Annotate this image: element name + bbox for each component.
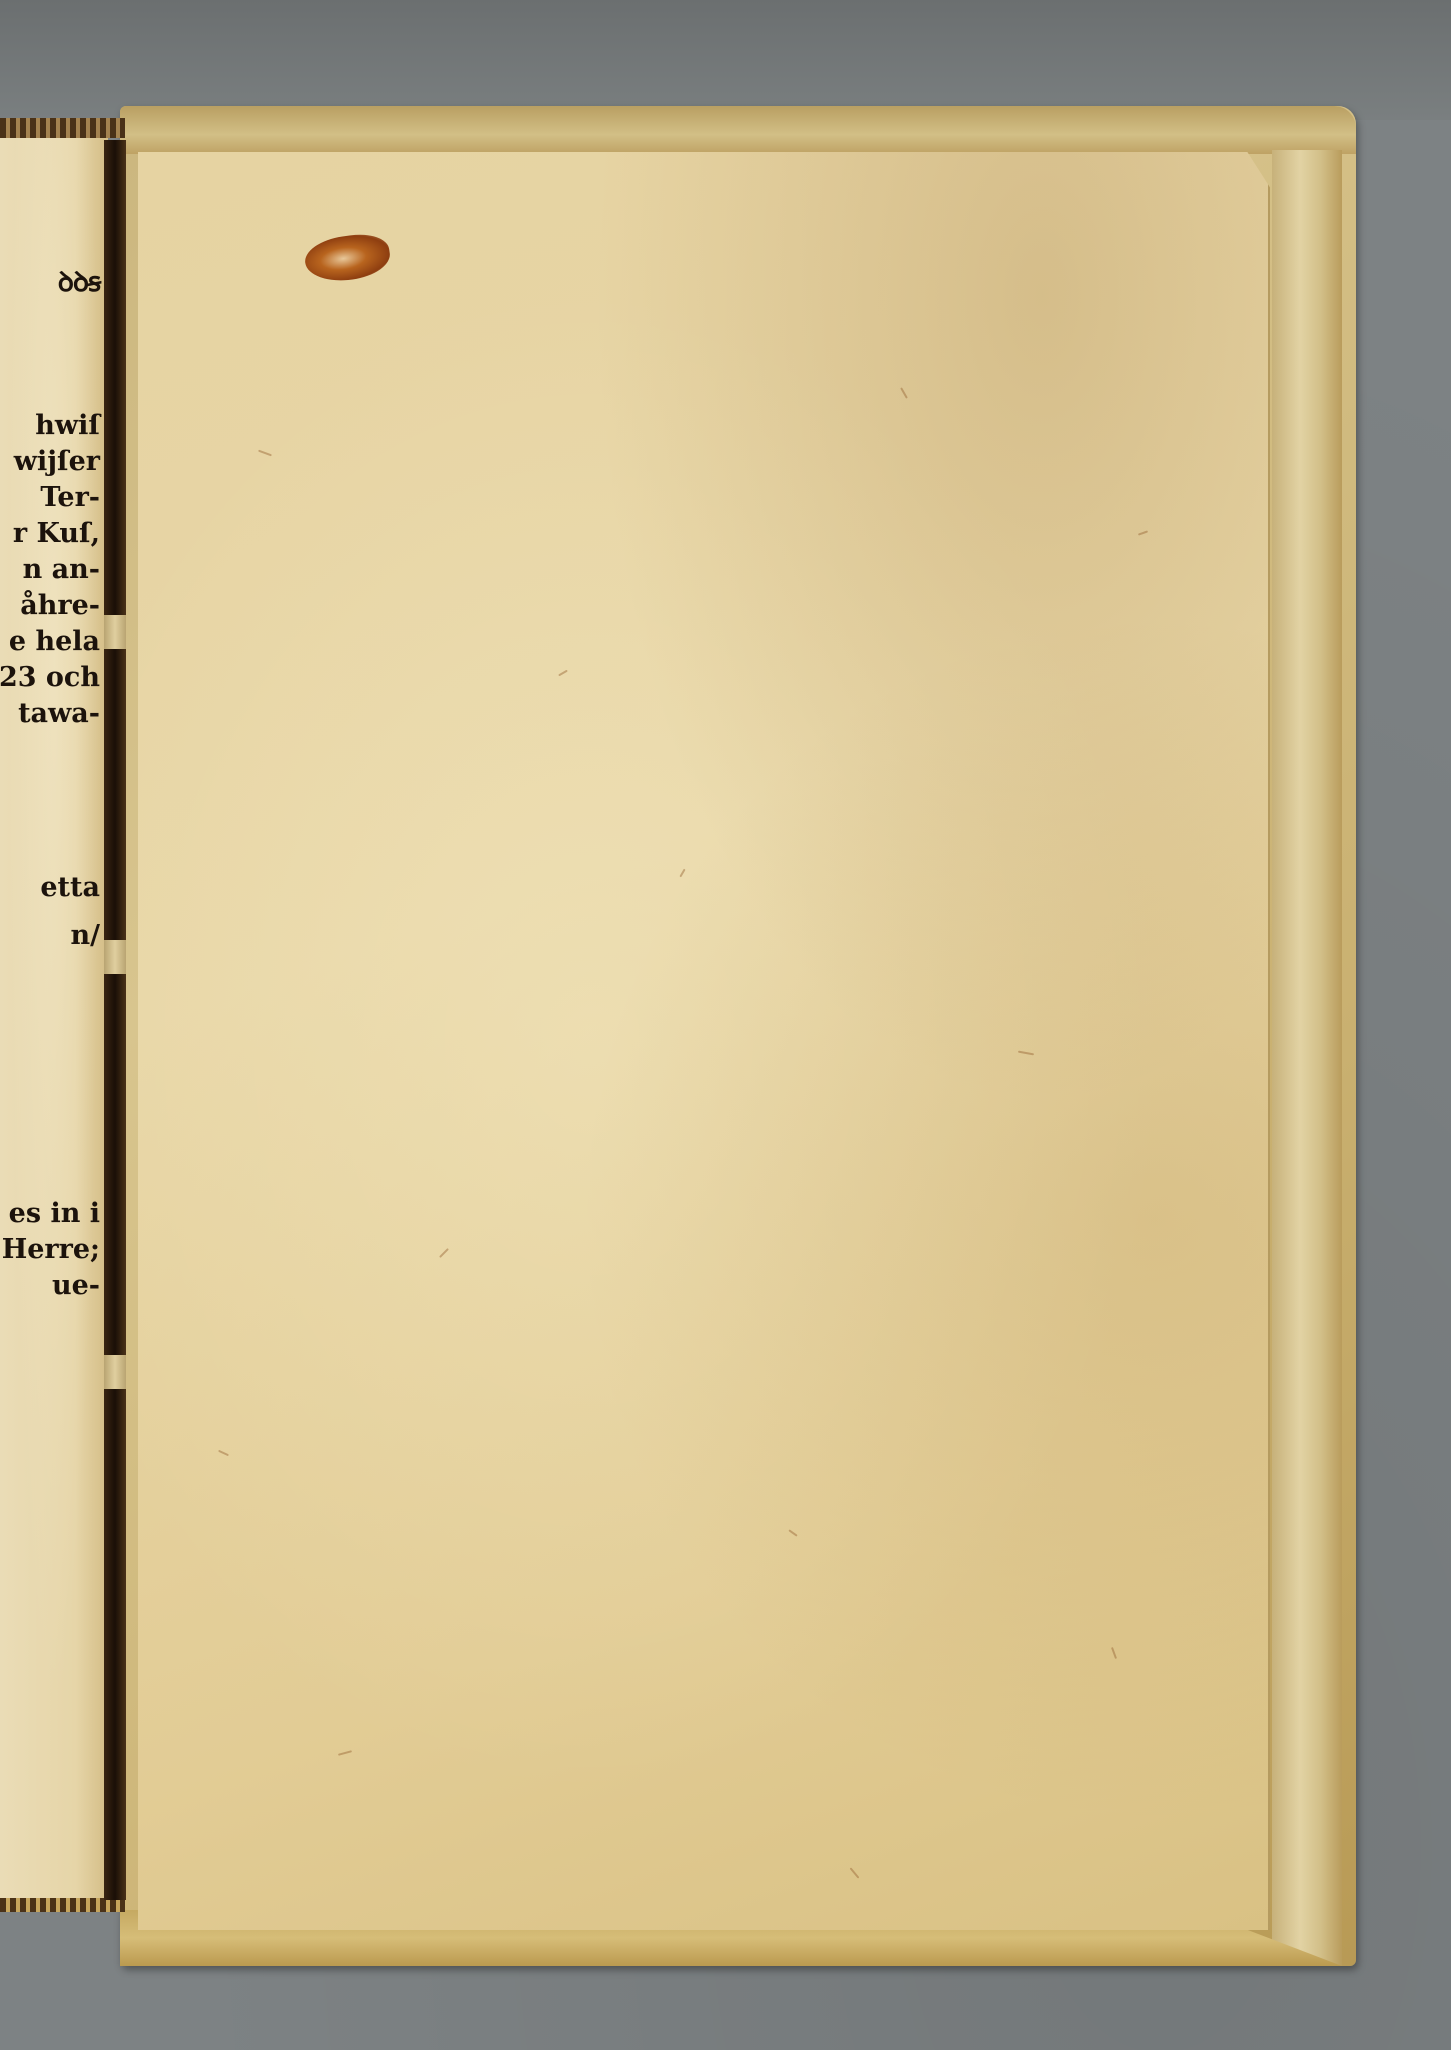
- text-line: n an-: [0, 554, 104, 594]
- paper-fiber: [1138, 530, 1148, 535]
- text-line: es in i: [0, 1198, 104, 1238]
- text-line: Ter-: [0, 482, 104, 522]
- paper-fiber: [1018, 1051, 1034, 1056]
- paper-fiber: [439, 1248, 449, 1258]
- text-line: wijſer: [0, 446, 104, 486]
- text-line: åhre-: [0, 590, 104, 630]
- paper-fiber: [338, 1750, 352, 1756]
- paper-fiber: [558, 670, 568, 677]
- text-line: r Kuſ,: [0, 518, 104, 558]
- text-line: Herre;: [0, 1234, 104, 1274]
- cover-fore-edge-turn-in: [1272, 150, 1342, 1966]
- text-line: 23 och: [0, 662, 104, 702]
- sewing-tape: [104, 615, 126, 649]
- paper-fiber: [850, 1867, 860, 1878]
- text-line: n/: [0, 920, 104, 960]
- blank-endpaper: [138, 152, 1270, 1930]
- sewing-tape: [104, 940, 126, 974]
- paper-fiber: [1111, 1647, 1117, 1659]
- left-text-page: [0, 130, 108, 1900]
- paper-fiber: [900, 387, 908, 398]
- text-line: etta: [0, 872, 104, 912]
- headband: [0, 118, 125, 138]
- background-surface: [0, 0, 1451, 120]
- paper-fiber: [788, 1529, 797, 1536]
- text-line: e hela: [0, 626, 104, 666]
- sewing-tape: [104, 1355, 126, 1389]
- tailband: [0, 1898, 125, 1912]
- paper-fiber: [258, 450, 272, 457]
- text-line: tawa-: [0, 698, 104, 738]
- ornament-line: ꝺꝺꞩ: [0, 262, 104, 312]
- paper-fiber: [218, 1450, 229, 1456]
- text-line: ue-: [0, 1270, 104, 1310]
- book-gutter: [104, 140, 126, 1900]
- cover-top-turn-in: [120, 106, 1356, 154]
- text-line: hwiſ: [0, 410, 104, 450]
- paper-fiber: [679, 869, 685, 878]
- printer-ornament: ꝺꝺꞩ: [58, 262, 100, 299]
